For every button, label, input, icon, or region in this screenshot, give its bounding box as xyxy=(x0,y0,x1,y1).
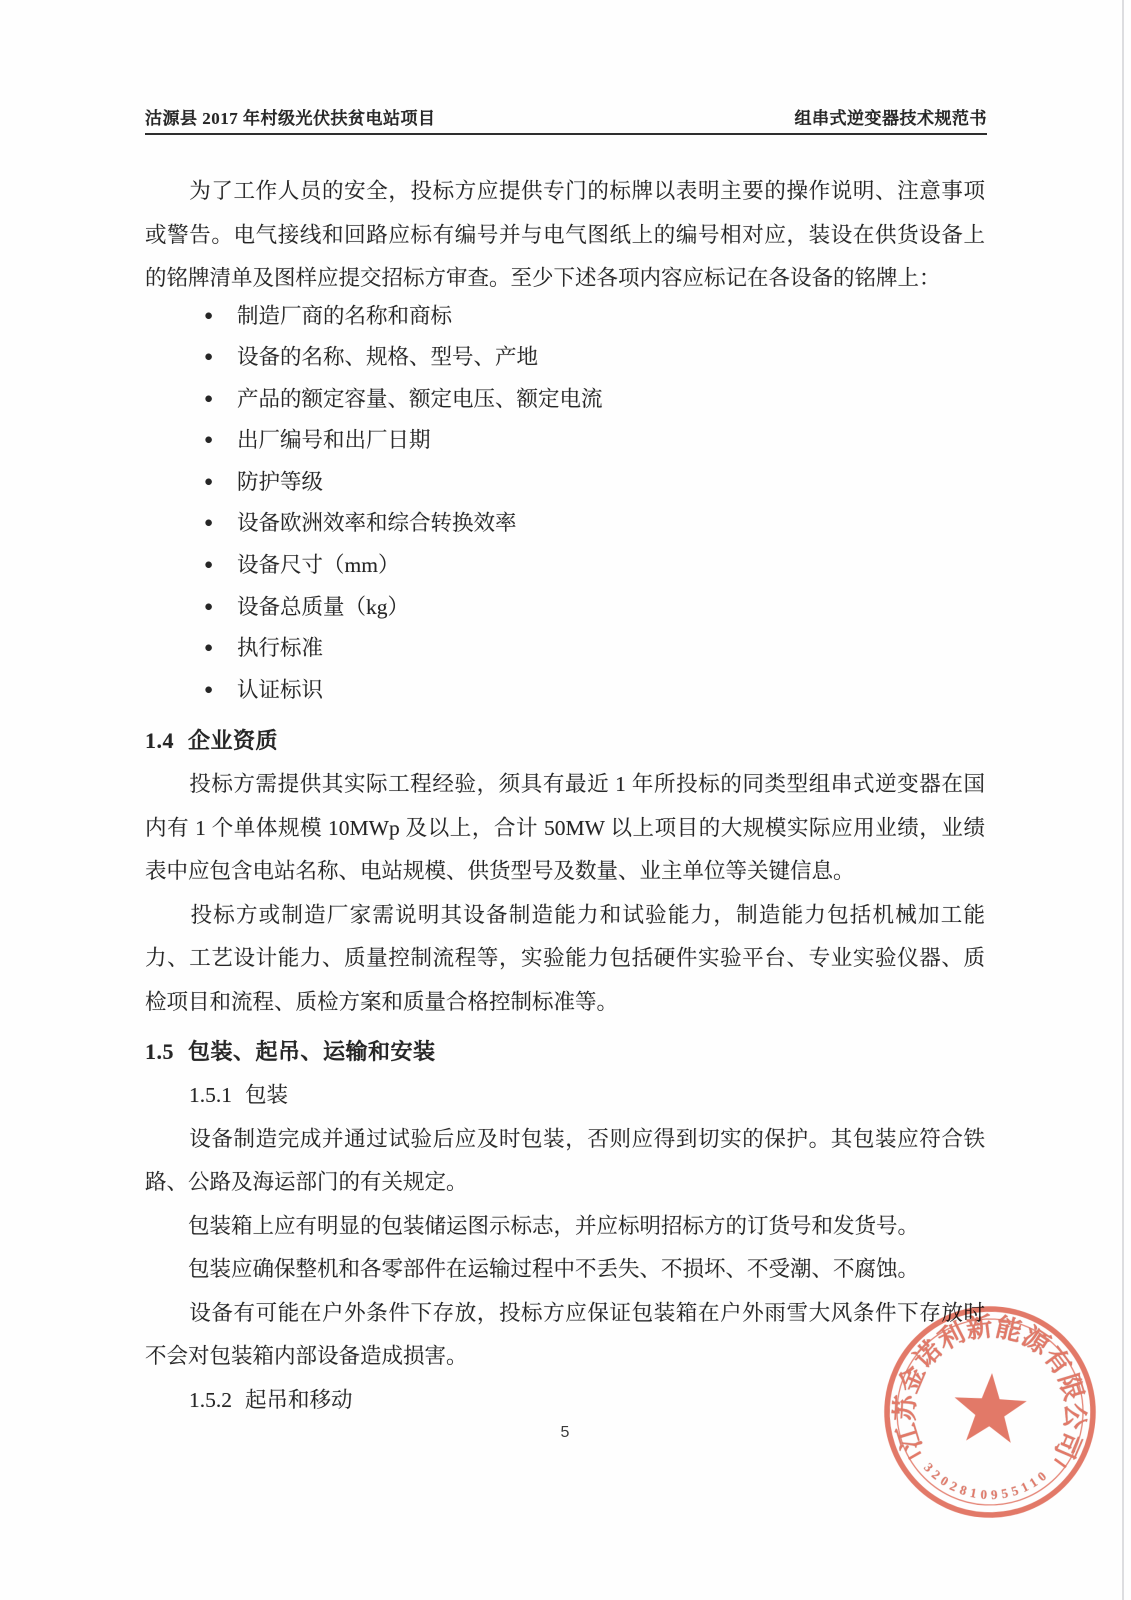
bullet-text: 制造厂商的名称和商标 xyxy=(237,296,452,338)
stamp-star-icon xyxy=(952,1371,1028,1443)
section-title: 企业资质 xyxy=(188,728,278,753)
paragraph-packing-4: 设备有可能在户外条件下存放，投标方应保证包装箱在户外雨雪大风条件下存放时不会对包… xyxy=(145,1292,985,1379)
header-project-title: 沽源县 2017 年村级光伏扶贫电站项目 xyxy=(145,104,436,129)
subsection-title: 起吊和移动 xyxy=(245,1388,353,1412)
nameplate-bullet-item: ●产品的额定容量、额定电压、额定电流 xyxy=(145,379,985,421)
text-line: 包装应确保整机和各零部件在运输过程中不丢失、不损坏、不受潮、不腐蚀。 xyxy=(145,1248,985,1292)
nameplate-bullet-item: ●执行标准 xyxy=(145,628,985,670)
bullet-text: 出厂编号和出厂日期 xyxy=(237,420,431,462)
nameplate-bullet-item: ●设备尺寸（mm） xyxy=(145,545,985,587)
nameplate-bullet-item: ●设备总质量（kg） xyxy=(145,587,985,629)
bullet-text: 设备的名称、规格、型号、产地 xyxy=(237,337,538,379)
paragraph-packing-1: 设备制造完成并通过试验后应及时包装，否则应得到切实的保护。其包装应符合铁路、公路… xyxy=(145,1118,985,1205)
text-line: 检项目和流程、质检方案和质量合格控制标准等。 xyxy=(145,981,985,1025)
text-line: 路、公路及海运部门的有关规定。 xyxy=(145,1161,985,1205)
text-line: 投标方或制造厂家需说明其设备制造能力和试验能力，制造能力包括机械加工能 xyxy=(145,894,985,938)
bullet-text: 认证标识 xyxy=(237,670,323,712)
bullet-dot-icon: ● xyxy=(204,296,237,338)
paragraph-qualification-2: 投标方或制造厂家需说明其设备制造能力和试验能力，制造能力包括机械加工能力、工艺设… xyxy=(145,894,985,1025)
paragraph-packing-3: 包装应确保整机和各零部件在运输过程中不丢失、不损坏、不受潮、不腐蚀。 xyxy=(145,1248,985,1292)
bullet-text: 设备总质量（kg） xyxy=(237,587,409,629)
section-heading-1-4: 1.4企业资质 xyxy=(145,719,985,763)
bullet-text: 设备尺寸（mm） xyxy=(237,545,399,587)
text-line: 或警告。电气接线和回路应标有编号并与电气图纸上的编号相对应，装设在供货设备上 xyxy=(145,214,985,258)
nameplate-bullet-item: ●设备欧洲效率和综合转换效率 xyxy=(145,503,985,545)
bullet-dot-icon: ● xyxy=(204,503,237,545)
text-line: 表中应包含电站名称、电站规模、供货型号及数量、业主单位等关键信息。 xyxy=(145,850,985,894)
section-title: 包装、起吊、运输和安装 xyxy=(188,1039,436,1064)
stamp-separator-right xyxy=(1054,1459,1066,1467)
nameplate-bullet-item: ●设备的名称、规格、型号、产地 xyxy=(145,337,985,379)
bullet-dot-icon: ● xyxy=(204,462,237,504)
text-line: 内有 1 个单体规模 10MWp 及以上，合计 50MW 以上项目的大规模实际应… xyxy=(145,807,985,851)
bullet-dot-icon: ● xyxy=(204,670,237,712)
scan-edge-artifact xyxy=(1122,0,1124,1600)
text-line: 设备有可能在户外条件下存放，投标方应保证包装箱在户外雨雪大风条件下存放时 xyxy=(145,1292,985,1336)
company-stamp: 江苏金诺利新能源有限公司 3202810955110 xyxy=(864,1286,1116,1538)
bullet-text: 防护等级 xyxy=(237,462,323,504)
page-header: 沽源县 2017 年村级光伏扶贫电站项目 组串式逆变器技术规范书 xyxy=(145,104,987,135)
nameplate-bullet-item: ●认证标识 xyxy=(145,670,985,712)
section-number: 1.5 xyxy=(145,1039,174,1064)
text-line: 为了工作人员的安全，投标方应提供专门的标牌以表明主要的操作说明、注意事项 xyxy=(145,170,985,214)
text-line: 设备制造完成并通过试验后应及时包装，否则应得到切实的保护。其包装应符合铁 xyxy=(145,1118,985,1162)
text-line: 力、工艺设计能力、质量控制流程等，实验能力包括硬件实验平台、专业实验仪器、质 xyxy=(145,937,985,981)
document-body: 为了工作人员的安全，投标方应提供专门的标牌以表明主要的操作说明、注意事项或警告。… xyxy=(145,170,985,1422)
nameplate-bullet-item: ●制造厂商的名称和商标 xyxy=(145,296,985,338)
section-number: 1.4 xyxy=(145,728,174,753)
document-page: 沽源县 2017 年村级光伏扶贫电站项目 组串式逆变器技术规范书 为了工作人员的… xyxy=(0,0,1131,1600)
text-line: 包装箱上应有明显的包装储运图示标志，并应标明招标方的订货号和发货号。 xyxy=(145,1205,985,1249)
nameplate-bullet-item: ●防护等级 xyxy=(145,462,985,504)
nameplate-bullet-item: ●出厂编号和出厂日期 xyxy=(145,420,985,462)
bullet-dot-icon: ● xyxy=(204,545,237,587)
text-line: 投标方需提供其实际工程经验，须具有最近 1 年所投标的同类型组串式逆变器在国 xyxy=(145,763,985,807)
subsection-number: 1.5.1 xyxy=(189,1083,232,1107)
bullet-dot-icon: ● xyxy=(204,420,237,462)
text-line: 不会对包装箱内部设备造成损害。 xyxy=(145,1335,985,1379)
bullet-text: 设备欧洲效率和综合转换效率 xyxy=(237,503,517,545)
paragraph-qualification-1: 投标方需提供其实际工程经验，须具有最近 1 年所投标的同类型组串式逆变器在国内有… xyxy=(145,763,985,894)
bullet-dot-icon: ● xyxy=(204,379,237,421)
subsection-title: 包装 xyxy=(245,1083,288,1107)
nameplate-bullet-list: ●制造厂商的名称和商标●设备的名称、规格、型号、产地●产品的额定容量、额定电压、… xyxy=(145,296,985,712)
subsection-number: 1.5.2 xyxy=(189,1388,232,1412)
bullet-dot-icon: ● xyxy=(204,628,237,670)
bullet-text: 执行标准 xyxy=(237,628,323,670)
text-line: 的铭牌清单及图样应提交招标方审查。至少下述各项内容应标记在各设备的铭牌上： xyxy=(145,257,985,301)
stamp-serial-text: 3202810955110 xyxy=(920,1459,1054,1505)
section-heading-1-5: 1.5包装、起吊、运输和安装 xyxy=(145,1030,985,1074)
intro-paragraph: 为了工作人员的安全，投标方应提供专门的标牌以表明主要的操作说明、注意事项或警告。… xyxy=(145,170,985,301)
page-number: 5 xyxy=(145,1424,985,1442)
bullet-text: 产品的额定容量、额定电压、额定电流 xyxy=(237,379,603,421)
paragraph-packing-2: 包装箱上应有明显的包装储运图示标志，并应标明招标方的订货号和发货号。 xyxy=(145,1205,985,1249)
header-doc-title: 组串式逆变器技术规范书 xyxy=(795,104,988,129)
stamp-separator-left xyxy=(909,1451,921,1459)
subsection-heading-1-5-1: 1.5.1包装 xyxy=(145,1074,985,1118)
bullet-dot-icon: ● xyxy=(204,587,237,629)
subsection-heading-1-5-2: 1.5.2起吊和移动 xyxy=(145,1379,985,1423)
bullet-dot-icon: ● xyxy=(204,337,237,379)
